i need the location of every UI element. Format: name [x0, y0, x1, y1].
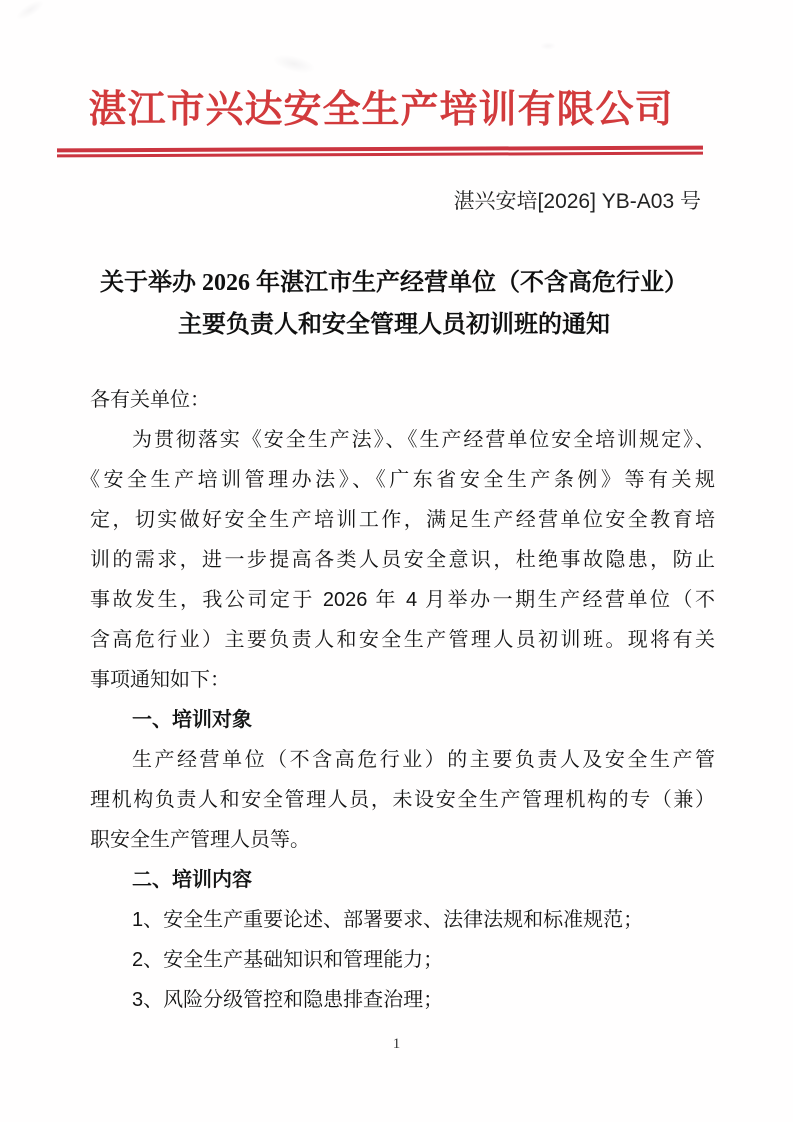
list-item-3: 3、风险分级管控和隐患排查治理； — [90, 980, 715, 1020]
notice-title-line1: 关于举办 2026 年湛江市生产经营单位（不含高危行业） — [70, 262, 718, 304]
notice-body: 各有关单位： 为贯彻落实《安全生产法》、《生产经营单位安全培训规定》、 《安全生… — [90, 380, 715, 1020]
scan-smudge — [271, 51, 318, 77]
page-number: 1 — [0, 1036, 793, 1053]
notice-title-line2: 主要负责人和安全管理人员初训班的通知 — [70, 304, 718, 346]
scan-smudge — [13, 0, 46, 24]
list-item-1: 1、安全生产重要论述、部署要求、法律法规和标准规范； — [90, 900, 715, 940]
document-page: 湛江市兴达安全生产培训有限公司 湛兴安培[2026] YB-A03 号 关于举办… — [0, 0, 793, 1122]
section-heading-1: 一、培训对象 — [90, 700, 715, 740]
section-heading-2: 二、培训内容 — [90, 860, 715, 900]
body-line: 职安全生产管理人员等。 — [90, 820, 715, 860]
notice-title: 关于举办 2026 年湛江市生产经营单位（不含高危行业） 主要负责人和安全管理人… — [70, 262, 718, 346]
body-line: 含高危行业）主要负责人和安全生产管理人员初训班。现将有关 — [90, 620, 715, 660]
body-line: 事故发生，我公司定于 2026 年 4 月举办一期生产经营单位（不 — [90, 580, 715, 620]
salutation-line: 各有关单位： — [90, 380, 715, 420]
body-line: 理机构负责人和安全管理人员，未设安全生产管理机构的专（兼） — [90, 780, 715, 820]
body-line: 事项通知如下： — [90, 660, 715, 700]
company-name-letterhead: 湛江市兴达安全生产培训有限公司 — [57, 84, 705, 136]
document-number: 湛兴安培[2026] YB-A03 号 — [454, 189, 701, 215]
scan-smudge — [540, 42, 556, 50]
body-line: 《安全生产培训管理办法》、《广东省安全生产条例》等有关规 — [80, 460, 715, 500]
body-line: 生产经营单位（不含高危行业）的主要负责人及安全生产管 — [90, 740, 715, 780]
body-line: 定，切实做好安全生产培训工作，满足生产经营单位安全教育培 — [90, 500, 715, 540]
body-line: 为贯彻落实《安全生产法》、《生产经营单位安全培训规定》、 — [90, 420, 715, 460]
body-line: 训的需求，进一步提高各类人员安全意识，杜绝事故隐患，防止 — [90, 540, 715, 580]
letterhead-double-rule — [57, 146, 703, 158]
list-item-2: 2、安全生产基础知识和管理能力； — [90, 940, 715, 980]
